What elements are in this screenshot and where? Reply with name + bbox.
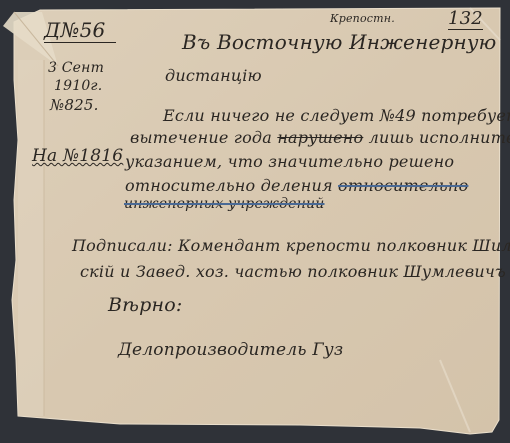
reference-number: Д№56 bbox=[44, 18, 116, 43]
page-number: 132 bbox=[448, 8, 483, 30]
date-day-month: 3 Сент bbox=[48, 60, 104, 76]
signature: Делопроизводитель Гуз bbox=[118, 340, 343, 360]
body-line-2: вытечение года нарушено лишь исполнитель… bbox=[130, 128, 510, 147]
body-line-5-struck: инженерных учреждений bbox=[124, 196, 324, 212]
addressee-line-2: дистанцію bbox=[165, 66, 262, 85]
date-year: 1910г. bbox=[54, 78, 102, 94]
body-line-2-end: лишь исполнительной bbox=[369, 128, 510, 147]
insertion-above: Крепостн. bbox=[330, 12, 395, 25]
body-line-1: Если ничего не следует №49 потребуется bbox=[163, 106, 510, 125]
attestation: Вѣрно: bbox=[108, 294, 182, 316]
body-line-4: относительно деления относительно bbox=[125, 176, 468, 195]
outgoing-number: №825. bbox=[50, 96, 99, 114]
body-line-3: указанием, что значительно решено bbox=[125, 152, 454, 171]
document-sheet: Д№56 3 Сент 1910г. №825. На №1816 132 Кр… bbox=[0, 0, 510, 443]
signatories-line-1: Подписали: Комендант крепости полковник … bbox=[72, 236, 510, 255]
incoming-number: На №1816 bbox=[32, 146, 123, 166]
struck-text: нарушено bbox=[277, 128, 363, 147]
addressee-line-1: Въ Восточную Инженерную bbox=[182, 30, 497, 54]
signatories-line-2: скій и Завед. хоз. частью полковник Шумл… bbox=[80, 262, 506, 281]
body-line-2-start: вытечение года bbox=[130, 128, 272, 147]
struck-text-blue: относительно bbox=[338, 176, 468, 195]
body-line-4-start: относительно деления bbox=[125, 176, 333, 195]
